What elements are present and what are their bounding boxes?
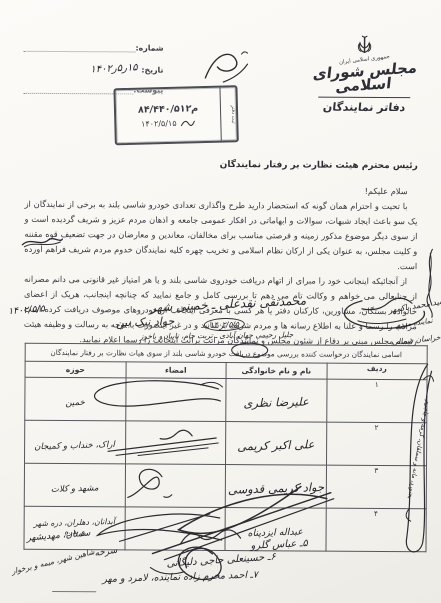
office-title: دفاتر نمایندگان xyxy=(299,100,428,114)
number-label: شماره: xyxy=(135,43,163,52)
mp-name: علی اکبر کریمی xyxy=(237,437,315,453)
col-header-district: حوزه xyxy=(25,361,126,378)
signature-scribble-icon xyxy=(80,378,225,417)
paragraph-1: با تحیت و احترام همان گونه که استحضار دا… xyxy=(24,197,417,274)
date-handwritten-value: ۱۵ر۵ر۱۴۰۲ xyxy=(90,62,138,75)
caption-circle-scribble-icon xyxy=(228,341,272,359)
mp-name: علیرضا نظری xyxy=(243,394,309,410)
registry-stamp: ثبت دفتر م۸۴/۴۴۰/۵۱۲ ۱۴۰۲/۵/۱۵ xyxy=(113,85,238,145)
number-blank-line xyxy=(24,43,136,53)
stamp-initial-scribble-icon xyxy=(179,118,195,127)
handwritten-item-hajideligani-district: شاهین شهر، میمه و برخوار xyxy=(11,547,96,576)
stamp-side-text: ثبت دفتر xyxy=(219,87,236,140)
stamp-date-row: ۱۴۰۲/۵/۱۵ xyxy=(141,118,196,128)
date-field: تاریخ: ۱۵ر۵ر۱۴۰۲ xyxy=(21,63,163,75)
signature-cell xyxy=(125,378,226,422)
invocation-scribble-icon xyxy=(195,42,253,88)
handwritten-name-rahimi: جلیل رحیمی جهان آبادی ـ تربت جام، تایباد… xyxy=(140,330,294,341)
stamp-number: م۸۴/۴۴۰/۵۱۲ xyxy=(138,103,199,116)
assembly-calligraphy: مجلس شورای اسلامی xyxy=(299,60,430,97)
constituency: اراک، خنداب و کمیجان xyxy=(34,439,115,451)
table-row: ۱ علیرضا نظری خمین xyxy=(25,377,427,422)
recipient-line: رئیس محترم هیئت نظارت بر رفتار نمایندگان xyxy=(220,160,418,171)
stamp-date-value: ۱۴۰۲/۵/۱۵ xyxy=(141,118,177,128)
constituency: خمین xyxy=(65,397,85,408)
date-label: تاریخ: xyxy=(141,66,163,75)
table-row: ۲ علی اکبر کریمی اراک، خنداب و کمیجان xyxy=(25,420,427,465)
signature-cell xyxy=(125,421,226,465)
number-field: شماره: xyxy=(22,43,164,53)
bottom-left-line xyxy=(52,591,96,592)
scanned-letter-page: جمهوری اسلامی ایران مجلس شورای اسلامی دف… xyxy=(0,0,441,603)
pen-correction-scribble-icon xyxy=(20,235,64,250)
letterhead: جمهوری اسلامی ایران مجلس شورای اسلامی دف… xyxy=(300,34,428,113)
col-header-name: نام و نام خانوادگی xyxy=(226,363,327,380)
handwritten-name-nikbin: جواد نیک بین xyxy=(116,315,175,330)
col-header-signature: امضاء xyxy=(126,362,227,379)
letterhead-divider xyxy=(318,96,410,98)
